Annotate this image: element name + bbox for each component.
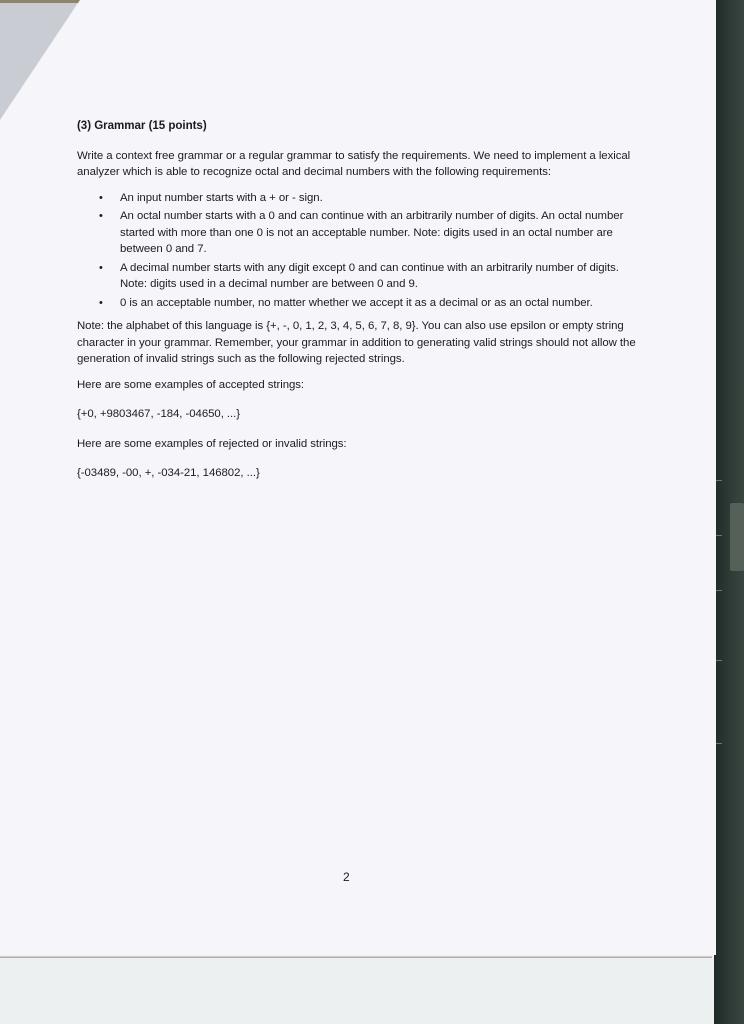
exam-question: (3) Grammar (15 points) Write a context … <box>77 118 637 495</box>
rejected-label: Here are some examples of rejected or in… <box>77 436 637 453</box>
scan-edge-strip <box>0 0 80 3</box>
requirements-list: An input number starts with a + or - sig… <box>77 190 637 312</box>
requirement-item: 0 is an acceptable number, no matter whe… <box>77 295 637 312</box>
requirement-item: An octal number starts with a 0 and can … <box>77 208 637 258</box>
intro-paragraph: Write a context free grammar or a regula… <box>77 148 637 181</box>
requirement-item: An input number starts with a + or - sig… <box>77 190 637 207</box>
bleed-through-text <box>78 505 638 522</box>
accepted-examples: {+0, +9803467, -184, -04650, ...} <box>77 406 637 423</box>
alphabet-note: Note: the alphabet of this language is {… <box>77 318 637 368</box>
rejected-examples: {-03489, -00, +, -034-21, 146802, ...} <box>77 465 637 482</box>
page-number: 2 <box>343 870 350 884</box>
scanner-background <box>714 0 744 1024</box>
accepted-label: Here are some examples of accepted strin… <box>77 377 637 394</box>
requirement-item: A decimal number starts with any digit e… <box>77 260 637 293</box>
section-title: (3) Grammar (15 points) <box>77 118 637 135</box>
underlying-sheet <box>0 958 712 1024</box>
scanner-slot <box>730 503 744 571</box>
